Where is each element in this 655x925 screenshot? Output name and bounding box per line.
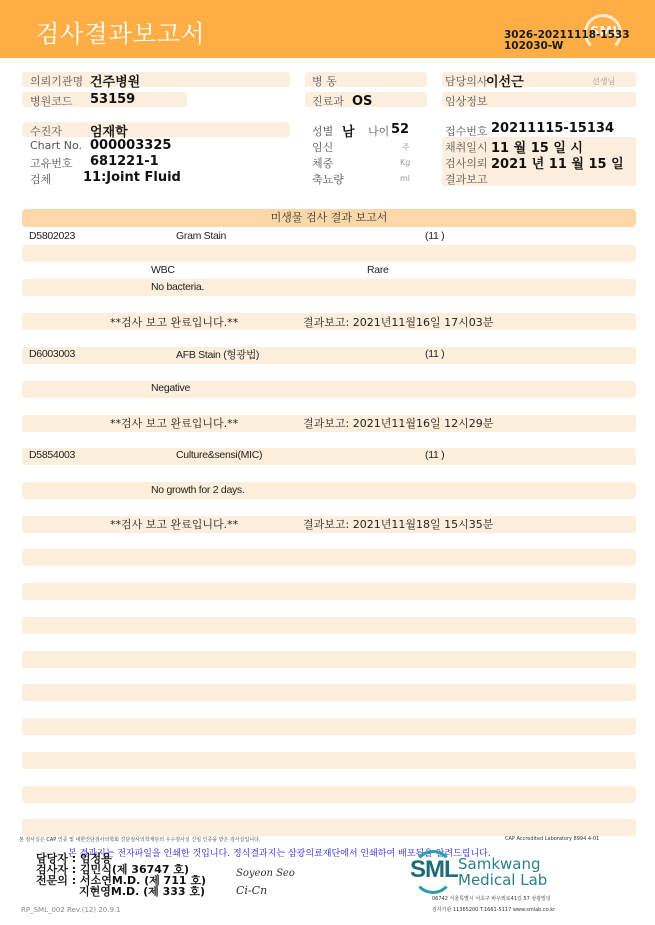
sex-label: 성별 [312, 123, 333, 139]
test-specimen: (11 ) [425, 449, 444, 461]
row-stripe [22, 684, 636, 701]
signature-1: Soyeon Seo [236, 868, 295, 879]
specialist-2: 지현영M.D. (제 333 호) [79, 883, 205, 899]
result-value: Rare [367, 264, 389, 276]
request-value: 2021 년 11 월 15 일 [491, 153, 624, 172]
urine-unit: ml [400, 174, 410, 183]
result-item: Negative [151, 382, 190, 394]
report-complete: **검사 보고 완료입니다.** [110, 415, 238, 431]
row-stripe [22, 752, 636, 769]
row-stripe [22, 651, 636, 668]
row-stripe [22, 279, 636, 296]
row-stripe [22, 347, 636, 364]
report-code: 3026-20211118-1533 102030-W [504, 30, 630, 52]
result-item: No growth for 2 days. [151, 484, 245, 496]
test-code: D5854003 [29, 449, 75, 461]
test-name: Culture&sensi(MIC) [176, 449, 262, 461]
report-time: 결과보고: 2021년11월16일 17시03분 [303, 314, 493, 330]
receipt-label: 접수번호 [445, 123, 488, 139]
result-item: WBC [151, 264, 175, 276]
specimen-value: 11:Joint Fluid [83, 170, 181, 185]
hospital-code-value: 53159 [90, 92, 135, 107]
test-specimen: (11 ) [425, 348, 444, 360]
test-specimen: (11 ) [425, 230, 444, 242]
row-stripe [22, 617, 636, 634]
dept-label: 진료과 [312, 93, 344, 109]
receipt-value: 20211115-15134 [491, 121, 614, 136]
hospital-code-label: 병원코드 [30, 93, 73, 109]
request-label: 검사의뢰 [445, 155, 488, 171]
report-title: 검사결과보고서 [36, 14, 205, 49]
institution-value: 건주병원 [90, 71, 140, 90]
signature-2: Ci-Cn [236, 884, 267, 897]
certification-note: 본 검사실은 CAP 인증 및 대한진단검사의학회 진단검사의학재단의 우수검사… [19, 836, 261, 843]
row-stripe [22, 819, 636, 836]
age-value: 52 [391, 122, 409, 137]
urine-label: 축뇨량 [312, 171, 344, 187]
chart-no-label: Chart No. [30, 139, 82, 152]
pregnancy-label: 임신 [312, 139, 333, 155]
result-item: No bacteria. [151, 281, 204, 293]
lab-name: Samkwang Medical Lab [458, 856, 547, 888]
report-complete: **검사 보고 완료입니다.** [110, 516, 238, 532]
row-stripe [22, 448, 636, 465]
sex-value: 남 [342, 121, 355, 140]
age-label: 나이 [368, 123, 389, 139]
doctor-label: 담당의사 [445, 73, 488, 89]
cap-note: CAP Accredited Laboratory 8994 4-01 [505, 836, 599, 842]
pregnancy-unit: 주 [402, 142, 410, 153]
test-code: D5802023 [29, 230, 75, 242]
report-header: 검사결과보고서 SML 3026-20211118-1533 102030-W [0, 0, 655, 58]
doctor-value: 이선근 [486, 71, 524, 90]
report-time: 결과보고: 2021년11월18일 15시35분 [303, 516, 493, 532]
doctor-suffix: 선생님 [592, 76, 615, 87]
report-complete: **검사 보고 완료입니다.** [110, 314, 238, 330]
patient-band [22, 122, 290, 137]
institution-label: 의뢰기관명 [30, 73, 83, 89]
lab-address: 06742 서울특별시 서초구 바우뫼로41길 57 삼광빌딩 [432, 895, 551, 902]
row-stripe [22, 583, 636, 600]
lab-contact: 검사기관 11365200 T.1661-5117 www.smlab.co.k… [432, 906, 555, 913]
unique-no-value: 681221-1 [90, 154, 159, 169]
test-name: AFB Stain (형광법) [176, 347, 259, 362]
sml-lab-logo-icon: SML [408, 852, 458, 892]
patient-label: 수진자 [30, 123, 62, 139]
row-stripe [22, 786, 636, 803]
weight-label: 체중 [312, 155, 333, 171]
ward-label: 병 동 [312, 73, 337, 89]
specimen-label: 검체 [30, 171, 51, 187]
chart-no-value: 000003325 [90, 138, 171, 153]
row-stripe [22, 482, 636, 499]
clinical-label: 임상정보 [445, 93, 488, 109]
dept-value: OS [352, 94, 372, 109]
unique-no-label: 고유번호 [30, 155, 73, 171]
row-stripe [22, 245, 636, 262]
test-code: D6003003 [29, 348, 75, 360]
weight-unit: Kg [400, 158, 410, 167]
row-stripe [22, 549, 636, 566]
result-report-label: 결과보고 [445, 171, 488, 187]
revision-code: RP_SML_002 Rev.(12) 20.9.1 [21, 906, 121, 914]
row-stripe [22, 381, 636, 398]
collect-label: 채취일시 [445, 139, 488, 155]
test-name: Gram Stain [176, 230, 226, 242]
report-time: 결과보고: 2021년11월16일 12시29분 [303, 415, 493, 431]
section-title: 미생물 검사 결과 보고서 [22, 209, 636, 227]
row-stripe [22, 718, 636, 735]
